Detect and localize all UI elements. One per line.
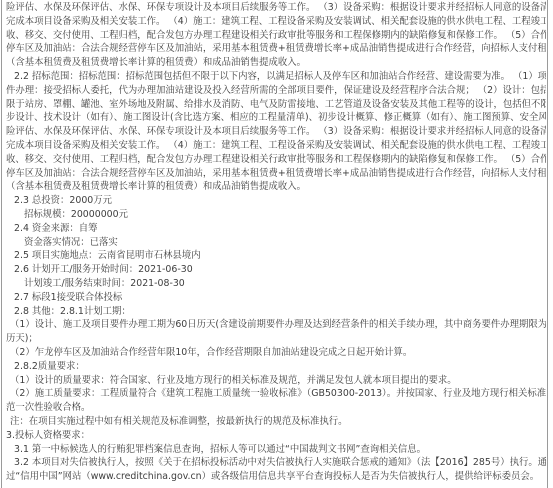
text-line: （2）乍龙停车区及加油站合作经营年限10年，合作经营期限自加油站建设完成之日起开…	[6, 346, 546, 360]
tender-announcement-page: 险评估、水保及环保评估、水保、环保专项设计及本项目后续服务等工作。 （3）设备采…	[0, 0, 553, 488]
text-line: 计划竣工/服务结束时间：2021-08-30	[6, 277, 546, 291]
text-line: 完成本项目设备采购及相关安装工作。 （4）施工：建筑工程、工程设备采购及安装调试…	[6, 15, 546, 29]
text-line: 历天)；	[6, 332, 546, 346]
text-line: 注：在项目实施过程中如有相关规范及标准调整，按最新执行的规范及标准执行。	[6, 415, 546, 429]
text-line: （含基本租赁费及租赁费增长率计算的租赁费）和成品油销售提成收入。	[6, 56, 546, 70]
text-line: 3.2 本项目对失信被执行人，按照《关于在招标投标活动中对失信被执行人实施联合惩…	[6, 456, 546, 470]
text-line: 停车区及加油站：合法合规经营停车区及加油站，采用基本租赁费+租赁费增长率+成品油…	[6, 167, 546, 181]
text-line: 步设计、技术设计（如有）、施工图设计(含比选方案、相应的工程量清单)、初步设计概…	[6, 111, 546, 125]
table-cell-border-right	[547, 0, 548, 488]
text-line: 2.6 计划开工/服务开始时间：2021-06-30	[6, 263, 546, 277]
text-line: （1）设计的质量要求：符合国家、行业及地方现行的相关标准及规范，并满足发包人就本…	[6, 374, 546, 388]
text-line: 件办理：接受招标人委托，代为办理加油站建设及投入经营所需的全部项目要件，保证建设…	[6, 84, 546, 98]
text-line: 2.8 其他：2.8.1计划工期：	[6, 305, 546, 319]
text-line: 2.8.2质量要求：	[6, 360, 546, 374]
text-line: 完成本项目设备采购及相关安装工作。 （4）施工：建筑工程、工程设备采购及安装调试…	[6, 139, 546, 153]
text-line: 停车区及加油站：合法合规经营停车区及加油站，采用基本租赁费+租赁费增长率+成品油…	[6, 42, 546, 56]
text-line: 2.7 标段1接受联合体投标	[6, 291, 546, 305]
text-line: 险评估、水保及环保评估、水保、环保专项设计及本项目后续服务等工作。 （3）设备采…	[6, 1, 546, 15]
text-line: 3.1 第一中标候选人的行贿犯罪档案信息查询，招标人等可以通过“中国裁判文书网”…	[6, 443, 546, 457]
text-line: 2.5 项目实施地点：云南省昆明市石林县境内	[6, 249, 546, 263]
text-line: 2.2 招标范围：招标范围：招标范围包括但不限于以下内容，以满足招标人及停车区和…	[6, 70, 546, 84]
text-line: 收、移交、交付使用、工程归档，配合发包方办理工程建设相关行政审批等服务和工程保修…	[6, 29, 546, 43]
text-line: 2.4 资金来源：自筹	[6, 222, 546, 236]
text-line: 过“信用中国”网站（www.creditchina.gov.cn）或各级信用信息…	[6, 470, 546, 484]
document-body: 险评估、水保及环保评估、水保、环保专项设计及本项目后续服务等工作。 （3）设备采…	[6, 0, 546, 484]
text-line: 资金落实情况：已落实	[6, 236, 546, 250]
text-line: 险评估、水保及环保评估、水保、环保专项设计及本项目后续服务等工作。 （3）设备采…	[6, 125, 546, 139]
text-line: 范一次性验收合格。	[6, 401, 546, 415]
text-line: 收、移交、交付使用、工程归档，配合发包方办理工程建设相关行政审批等服务和工程保修…	[6, 153, 546, 167]
text-line: （1）设计、施工及项目要件办理工期为60日历天(含建设前期要件办理及达到经营条件…	[6, 318, 546, 332]
table-cell-border-left	[1, 0, 2, 488]
text-line: 2.3 总投资：2000万元	[6, 194, 546, 208]
text-line: （含基本租赁费及租赁费增长率计算的租赁费）和成品油销售提成收入。	[6, 180, 546, 194]
text-line: 限于站房、罩棚、罐池、室外场地及附属、给排水及消防、电气及防雷接地、工艺管道及设…	[6, 98, 546, 112]
text-line: （2）施工质量要求：工程质量符合《建筑工程施工质量统一验收标准》（GB50300…	[6, 387, 546, 401]
text-line: 3.投标人资格要求：	[6, 429, 546, 443]
text-line: 招标规模：20000000元	[6, 208, 546, 222]
